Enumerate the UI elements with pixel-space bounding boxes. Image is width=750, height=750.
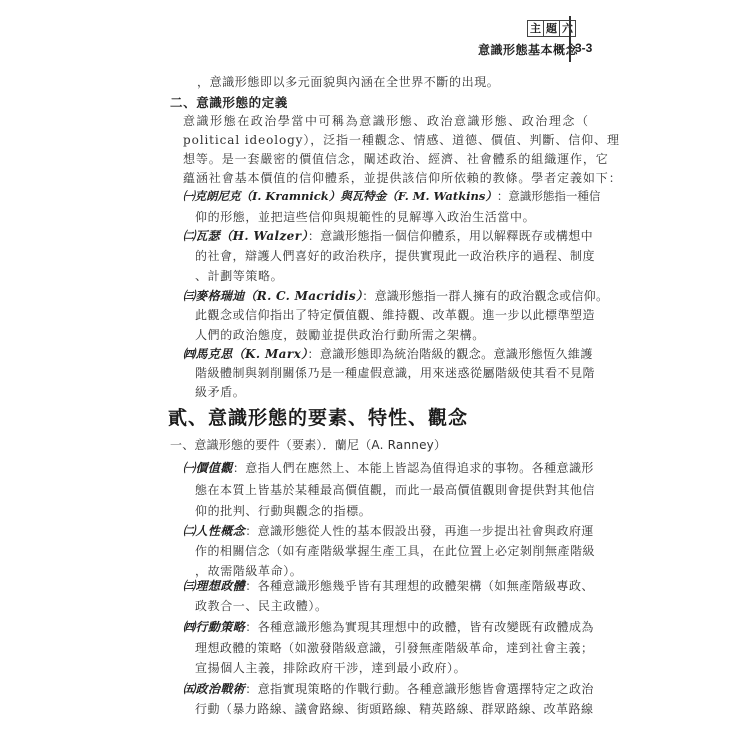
- definition-text: 仰的形態，並把這些信仰與規範性的見解導入政治生活當中。: [195, 208, 535, 225]
- element-text: ：意指人們在應然上、本能上皆認為值得追求的事物。各種意識形: [233, 461, 594, 475]
- element-item: ㈤政治戰術：意指實現策略的作戰行動。各種意識形態皆會選擇特定之政治: [183, 680, 594, 697]
- element-label: ㈢理想政體: [183, 579, 245, 593]
- definition-item: ㈠克朗尼克（I. Kramnick）與瓦特金（F. M. Watkins）：意識…: [183, 188, 600, 204]
- element-text: ：各種意識形態幾乎皆有其理想的政體架構（如無產階級專政、: [245, 579, 594, 593]
- element-text: 政教合一、民主政體）。: [195, 597, 328, 614]
- definition-item: ㈣馬克思（K. Marx）：意識形態即為統治階級的觀念。意識形態恆久維護: [183, 345, 593, 362]
- paragraph-line: 意識形態在政治學當中可稱為意識形態、政治意識形態、政治理念（: [183, 112, 590, 129]
- paragraph-line: political ideology），泛指一種觀念、情感、道德、價值、判斷、信…: [183, 131, 620, 148]
- element-text: 理想政體的策略（如激發階級意識，引發無產階級革命，達到社會主義；: [195, 639, 593, 656]
- definition-text: 人們的政治態度，鼓勵並提供政治行動所需之架構。: [195, 326, 485, 343]
- element-item: ㈣行動策略：各種意識形態為實現其理想中的政體，皆有改變既有政體成為: [183, 618, 594, 635]
- element-label: ㈡人性概念: [183, 524, 245, 538]
- element-text: 仰的批判、行動與觀念的指標。: [195, 502, 371, 519]
- section-heading: 二、意識形態的定義: [170, 93, 288, 111]
- element-text: 行動（暴力路線、議會路線、街頭路線、精英路線、群眾路線、改革路線: [195, 700, 593, 717]
- definition-label: ㈢麥格瑞迪（R. C. Macridis）: [183, 289, 362, 303]
- element-label: ㈣行動策略: [183, 620, 245, 634]
- definition-text: ：意識形態即為統治階級的觀念。意識形態恆久維護: [308, 347, 593, 361]
- book-page: 主 題 六 意識形態基本概念 3-3 ，意識形態即以多元面貌與內涵在全世界不斷的…: [0, 0, 750, 750]
- definition-item: ㈡瓦瑟（H. Walzer）：意識形態指一個信仰體系，用以解釋既存或構想中: [183, 227, 593, 244]
- element-text: 態在本質上皆基於某種最高價值觀，而此一最高價值觀則會提供對其他信: [195, 481, 595, 498]
- definition-text: ：意識形態指一個信仰體系，用以解釋既存或構想中: [308, 229, 593, 243]
- element-item: ㈠價值觀：意指人們在應然上、本能上皆認為值得追求的事物。各種意識形: [183, 459, 594, 476]
- theme-char: 六: [559, 20, 576, 37]
- definition-text: ：意識形態指一群人擁有的政治觀念或信仰。: [362, 289, 608, 303]
- element-label: ㈠價值觀: [183, 461, 233, 475]
- element-text: 作的相關信念（如有產階級掌握生產工具，在此位置上必定剝削無產階級: [195, 542, 595, 559]
- major-heading: 貳、意識形態的要素、特性、觀念: [168, 403, 468, 430]
- page-number: 3-3: [575, 41, 592, 55]
- theme-char: 主: [527, 20, 544, 37]
- element-item: ㈢理想政體：各種意識形態幾乎皆有其理想的政體架構（如無產階級專政、: [183, 577, 594, 594]
- paragraph-line: 想等。是一套嚴密的價值信念，闡述政治、經濟、社會體系的組織運作，它: [183, 150, 609, 167]
- definition-label: ㈣馬克思（K. Marx）: [183, 347, 308, 361]
- definition-text: 此觀念或信仰指出了特定價值觀、維持觀、改革觀。進一步以此標準塑造: [195, 306, 595, 323]
- element-text: 宣揚個人主義，排除政府干涉，達到最小政府）。: [195, 659, 466, 676]
- continuation-text: ，意識形態即以多元面貌與內涵在全世界不斷的出現。: [197, 73, 499, 90]
- definition-text: 階級體制與剝削關係乃是一種虛假意識，用來迷惑從屬階級使其看不見階: [195, 364, 595, 381]
- definition-text: 、計劃等策略。: [195, 267, 283, 284]
- header-divider: [569, 16, 571, 62]
- theme-char: 題: [543, 20, 560, 37]
- element-item: ㈡人性概念：意識形態從人性的基本假設出發，再進一步提出社會與政府運: [183, 522, 594, 539]
- element-text: ：各種意識形態為實現其理想中的政體，皆有改變既有政體成為: [245, 620, 594, 634]
- definition-label: ㈠克朗尼克（I. Kramnick）與瓦特金（F. M. Watkins）: [183, 189, 497, 203]
- definition-text: ：意識形態指一種信: [497, 189, 601, 203]
- sub-heading: 一、意識形態的要件（要素）．蘭尼（A. Ranney）: [170, 436, 446, 453]
- element-label: ㈤政治戰術: [183, 682, 245, 696]
- definition-item: ㈢麥格瑞迪（R. C. Macridis）：意識形態指一群人擁有的政治觀念或信仰…: [183, 287, 608, 304]
- chapter-title: 意識形態基本概念: [478, 41, 578, 58]
- element-text: ：意指實現策略的作戰行動。各種意識形態皆會選擇特定之政治: [245, 682, 594, 696]
- definition-text: 的社會，辯護人們喜好的政治秩序，提供實現此一政治秩序的過程、制度: [195, 247, 595, 264]
- element-text: ：意識形態從人性的基本假設出發，再進一步提出社會與政府運: [245, 524, 594, 538]
- definition-text: 級矛盾。: [195, 383, 245, 400]
- paragraph-line: 蘊涵社會基本價值的信仰體系，並提供該信仰所依賴的教條。學者定義如下：: [183, 169, 622, 186]
- definition-label: ㈡瓦瑟（H. Walzer）: [183, 229, 308, 243]
